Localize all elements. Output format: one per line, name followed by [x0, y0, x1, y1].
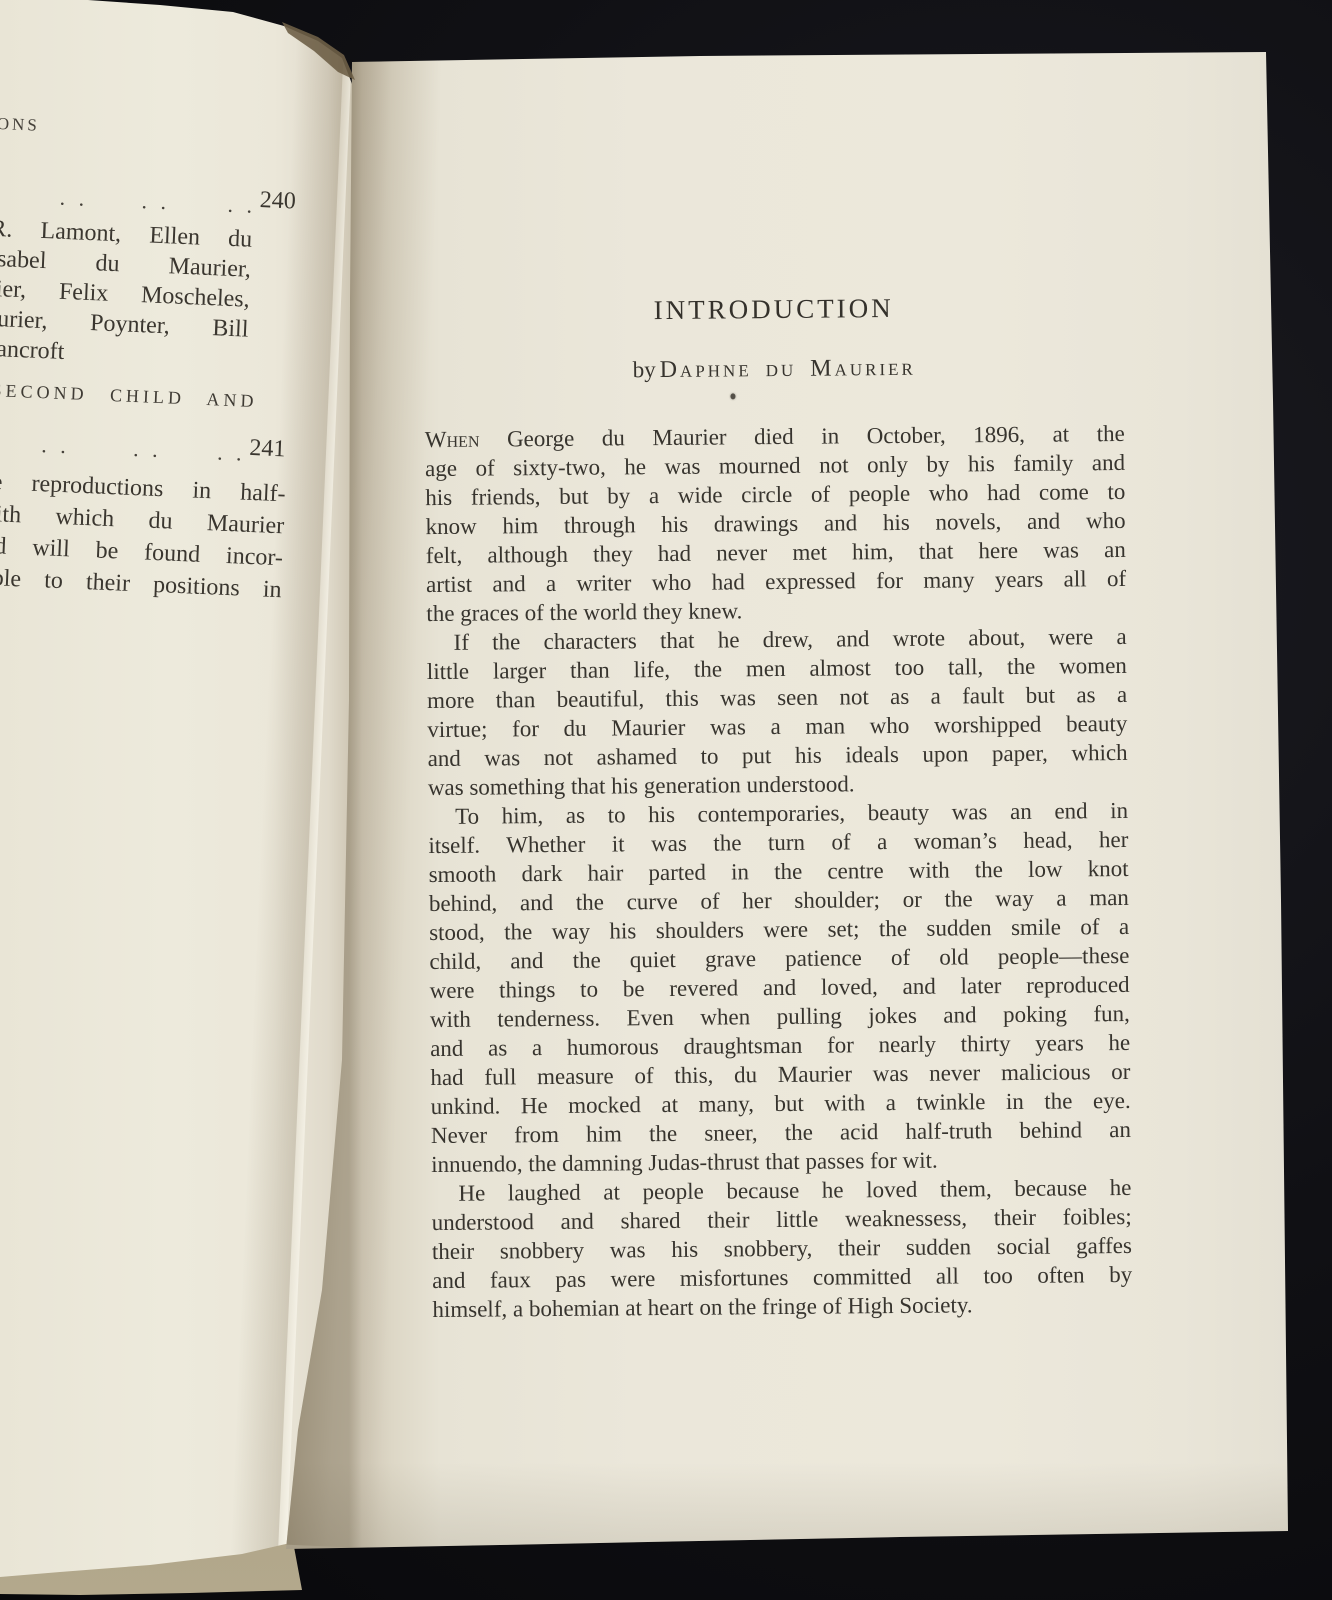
dot-leader: . . [133, 436, 163, 463]
dot-leader: . . [41, 432, 71, 459]
paragraph: He laughed at people because he loved th… [431, 1173, 1132, 1324]
byline-author: Daphne du Maurier [660, 355, 916, 383]
dot-leader-row: . . . . . . 240 [0, 176, 322, 220]
page-number: 241 [249, 435, 286, 463]
paragraph: To him, as to his contemporaries, beauty… [428, 796, 1131, 1179]
chapter-title: INTRODUCTION [424, 291, 1124, 328]
dot-leader: . . [217, 440, 247, 467]
body-line: artist and a writer who had expressed fo… [426, 564, 1126, 599]
body-text: When George du Maurier died in October, … [425, 419, 1133, 1324]
paragraph: If the characters that he drew, and wrot… [426, 622, 1127, 802]
dot-leader: . . [59, 185, 89, 212]
smallcaps-word: When [425, 426, 507, 452]
dot-leader-row: . . . . . . 241 [0, 424, 312, 468]
page-number: 240 [259, 187, 296, 215]
body-line: and faux pas were misfortunes committed … [432, 1260, 1132, 1295]
illustration-entry-lines: R. Lamont, Ellen duIsabel du Maurier,rie… [0, 214, 253, 375]
paragraph: When George du Maurier died in October, … [425, 419, 1127, 628]
ink-speck [730, 393, 735, 399]
open-book-photo: ONS . . . . . . 240 R. Lamont, Ellen duI… [0, 0, 1332, 1600]
note-text-lines: ve reproductions in half-with which du M… [0, 466, 286, 607]
running-head-fragment: ONS [0, 114, 40, 136]
body-line: and was not ashamed to put his ideals up… [427, 738, 1127, 773]
illustration-caption: SECOND CHILD AND [0, 380, 258, 412]
body-line: Never from him the sneer, the acid half-… [431, 1115, 1131, 1150]
dot-leader: . . [227, 192, 257, 219]
byline: by Daphne du Maurier [424, 353, 1124, 386]
left-page-content: ONS . . . . . . 240 R. Lamont, Ellen duI… [0, 0, 340, 774]
body-line: himself, a bohemian at heart on the frin… [432, 1289, 1132, 1324]
byline-prefix: by [633, 357, 656, 382]
dot-leader: . . [141, 188, 171, 215]
